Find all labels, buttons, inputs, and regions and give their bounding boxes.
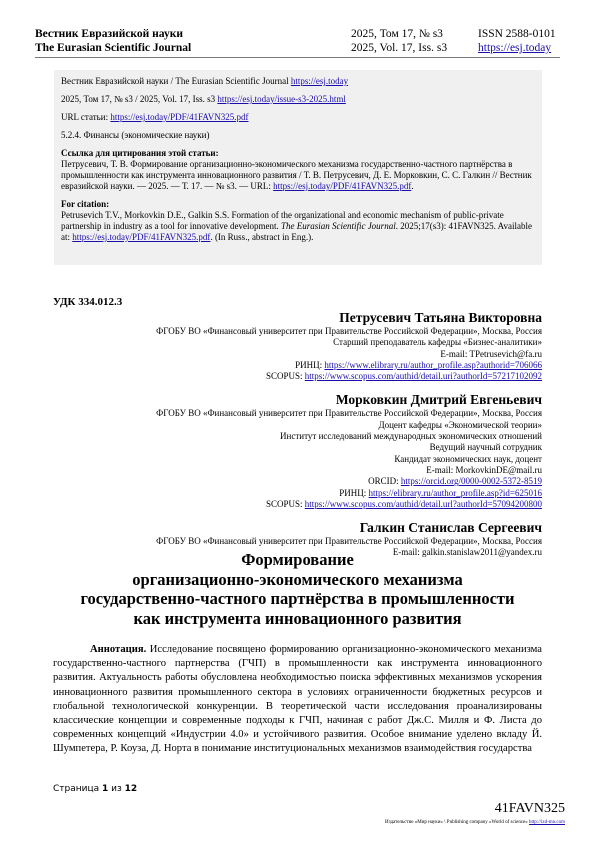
running-header: Вестник Евразийской науки The Eurasian S… — [35, 27, 560, 58]
author-detail: Ведущий научный сотрудник — [22, 442, 542, 453]
journal-names: Вестник Евразийской науки The Eurasian S… — [35, 27, 191, 55]
title-line: организационно-экономического механизма — [30, 570, 565, 590]
author-detail: ФГОБУ ВО «Финансовый университет при Пра… — [22, 408, 542, 419]
page-number: Страница 1 из 12 — [53, 784, 137, 794]
journal-name-en: The Eurasian Scientific Journal — [35, 41, 191, 55]
journal-link[interactable]: https://esj.today — [291, 76, 348, 86]
info-specialty: 5.2.4. Финансы (экономические науки) — [61, 130, 535, 141]
author-detail: ФГОБУ ВО «Финансовый университет при Пра… — [22, 326, 542, 337]
article-code: 41FAVN325 — [495, 801, 565, 817]
citation-ru-label: Ссылка для цитирования этой статьи: — [61, 148, 535, 159]
title-line: Формирование — [30, 550, 565, 570]
issue-link[interactable]: https://esj.today/issue-s3-2025.html — [217, 94, 346, 104]
abstract: Аннотация. Исследование посвящено формир… — [53, 643, 542, 757]
citation-ru: Петрусевич, Т. В. Формирование организац… — [61, 159, 535, 192]
authors-block: Петрусевич Татьяна ВикторовнаФГОБУ ВО «Ф… — [22, 310, 542, 559]
issue-en: 2025, Vol. 17, Iss. s3 — [351, 41, 447, 55]
title-line: государственно-частного партнёрства в пр… — [30, 589, 565, 609]
issue-ru: 2025, Том 17, № s3 — [351, 27, 447, 41]
issn-block: ISSN 2588-0101 https://esj.today — [478, 27, 556, 55]
publisher-line: Издательство «Мир науки» \ Publishing co… — [385, 820, 565, 825]
citation-en-label: For citation: — [61, 199, 535, 210]
author-detail: E-mail: MorkovkinDE@mail.ru — [22, 465, 542, 476]
issn: ISSN 2588-0101 — [478, 27, 556, 41]
author-detail: E-mail: TPetrusevich@fa.ru — [22, 349, 542, 360]
journal-name-ru: Вестник Евразийской науки — [35, 27, 191, 41]
author-profile-link[interactable]: https://www.scopus.com/authid/detail.url… — [305, 499, 542, 509]
author-detail: Институт исследований международных экон… — [22, 431, 542, 442]
author-detail: Доцент кафедры «Экономической теории» — [22, 420, 542, 431]
author-profile-link[interactable]: https://www.elibrary.ru/author_profile.a… — [324, 360, 542, 370]
author-detail: РИНЦ: https://elibrary.ru/author_profile… — [22, 488, 542, 499]
info-journal-line: Вестник Евразийской науки / The Eurasian… — [61, 76, 535, 87]
author-name: Петрусевич Татьяна Викторовна — [22, 310, 542, 326]
author-name: Морковкин Дмитрий Евгеньевич — [22, 392, 542, 408]
citation-en-link[interactable]: https://esj.today/PDF/41FAVN325.pdf — [72, 232, 210, 242]
author-detail: SCOPUS: https://www.scopus.com/authid/de… — [22, 499, 542, 510]
article-title: Формированиеорганизационно-экономическог… — [30, 550, 565, 628]
issue-info: 2025, Том 17, № s3 2025, Vol. 17, Iss. s… — [351, 27, 447, 55]
author-detail: ORCID: https://orcid.org/0000-0002-5372-… — [22, 476, 542, 487]
abstract-label: Аннотация. — [90, 644, 146, 655]
article-info-box: Вестник Евразийской науки / The Eurasian… — [54, 70, 542, 265]
author-name: Галкин Станислав Сергеевич — [22, 520, 542, 536]
site-link[interactable]: https://esj.today — [478, 42, 551, 54]
info-issue-line: 2025, Том 17, № s3 / 2025, Vol. 17, Iss.… — [61, 94, 535, 105]
title-line: как инструмента инновационного развития — [30, 609, 565, 629]
article-url-link[interactable]: https://esj.today/PDF/41FAVN325.pdf — [110, 112, 248, 122]
author-profile-link[interactable]: https://elibrary.ru/author_profile.asp?i… — [369, 488, 542, 498]
author-detail: SCOPUS: https://www.scopus.com/authid/de… — [22, 371, 542, 382]
author-profile-link[interactable]: https://www.scopus.com/authid/detail.uri… — [305, 371, 542, 381]
citation-ru-link[interactable]: https://esj.today/PDF/41FAVN325.pdf — [273, 181, 411, 191]
author-detail: Старший преподаватель кафедры «Бизнес-ан… — [22, 337, 542, 348]
author-detail: ФГОБУ ВО «Финансовый университет при Пра… — [22, 536, 542, 547]
udk-code: УДК 334.012.3 — [53, 296, 122, 308]
author-detail: РИНЦ: https://www.elibrary.ru/author_pro… — [22, 360, 542, 371]
abstract-text: Исследование посвящено формированию орга… — [53, 644, 542, 754]
citation-en: Petrusevich T.V., Morkovkin D.E., Galkin… — [61, 210, 535, 243]
publisher-link[interactable]: http://izd-mn.com — [529, 820, 565, 825]
author-profile-link[interactable]: https://orcid.org/0000-0002-5372-8519 — [401, 476, 542, 486]
info-url-line: URL статьи: https://esj.today/PDF/41FAVN… — [61, 112, 535, 123]
author-detail: Кандидат экономических наук, доцент — [22, 454, 542, 465]
